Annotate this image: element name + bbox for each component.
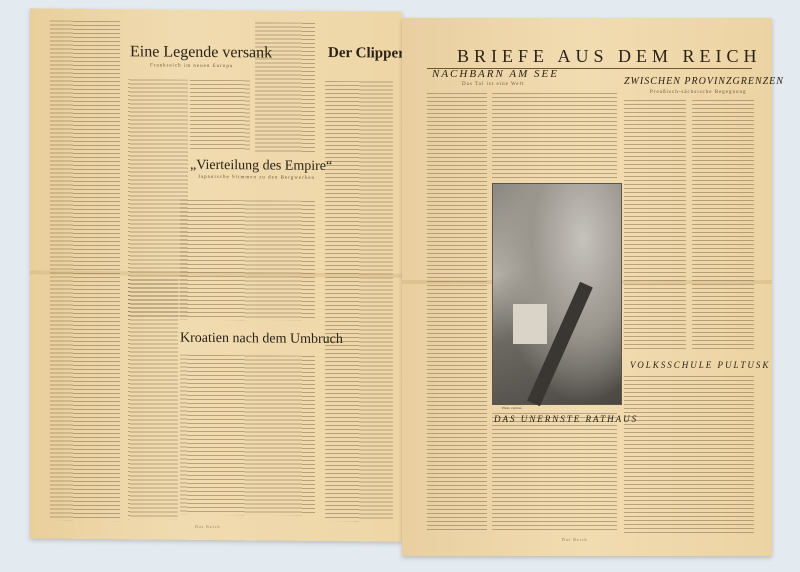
headline-volksschule: VOLKSSCHULE PULTUSK [630,360,770,370]
text-column [180,355,315,516]
text-column [325,81,393,522]
left-newspaper-page: Eine Legende versank Frankreich im neuen… [30,8,402,541]
photo-caption: Photo caption [502,406,521,410]
subtitle: Frankreich im neuen Europa [150,63,233,69]
page-folio: Das Reich [562,537,588,542]
text-column [624,376,754,536]
text-column [692,100,754,350]
text-column [492,93,617,178]
fire-ladder [527,282,593,406]
text-column [128,279,178,519]
subtitle: Das Tal ist eine Welt [462,82,524,87]
house [513,304,547,344]
headline-legende: Eine Legende versank [130,43,272,62]
subtitle: Japanische Stimmen zu den Bergwerken [198,175,315,181]
headline-clipper: Der Clipper [328,45,405,63]
section-title: BRIEFE AUS DEM REICH [457,46,762,67]
right-newspaper-page: BRIEFE AUS DEM REICH NACHBARN AM SEE Das… [402,18,772,556]
subtitle: Preußisch-sächsische Begegnung [650,90,747,95]
page-folio: Das Reich [195,524,221,529]
text-column [427,93,487,533]
news-photo-fire-ladder [492,183,622,405]
text-column [255,22,315,153]
headline-provinzgrenzen: ZWISCHEN PROVINZGRENZEN [624,76,784,87]
headline-empire: „Vierteilung des Empire“ [190,158,332,175]
headline-nachbarn: NACHBARN AM SEE [432,68,559,80]
text-column [624,100,686,350]
text-column [190,80,250,151]
headline-rathaus: DAS UNERNSTE RATHAUS [494,414,638,424]
text-column [180,200,315,321]
headline-kroatien: Kroatien nach dem Umbruch [180,331,343,348]
text-column [492,413,617,533]
text-column [50,21,120,522]
